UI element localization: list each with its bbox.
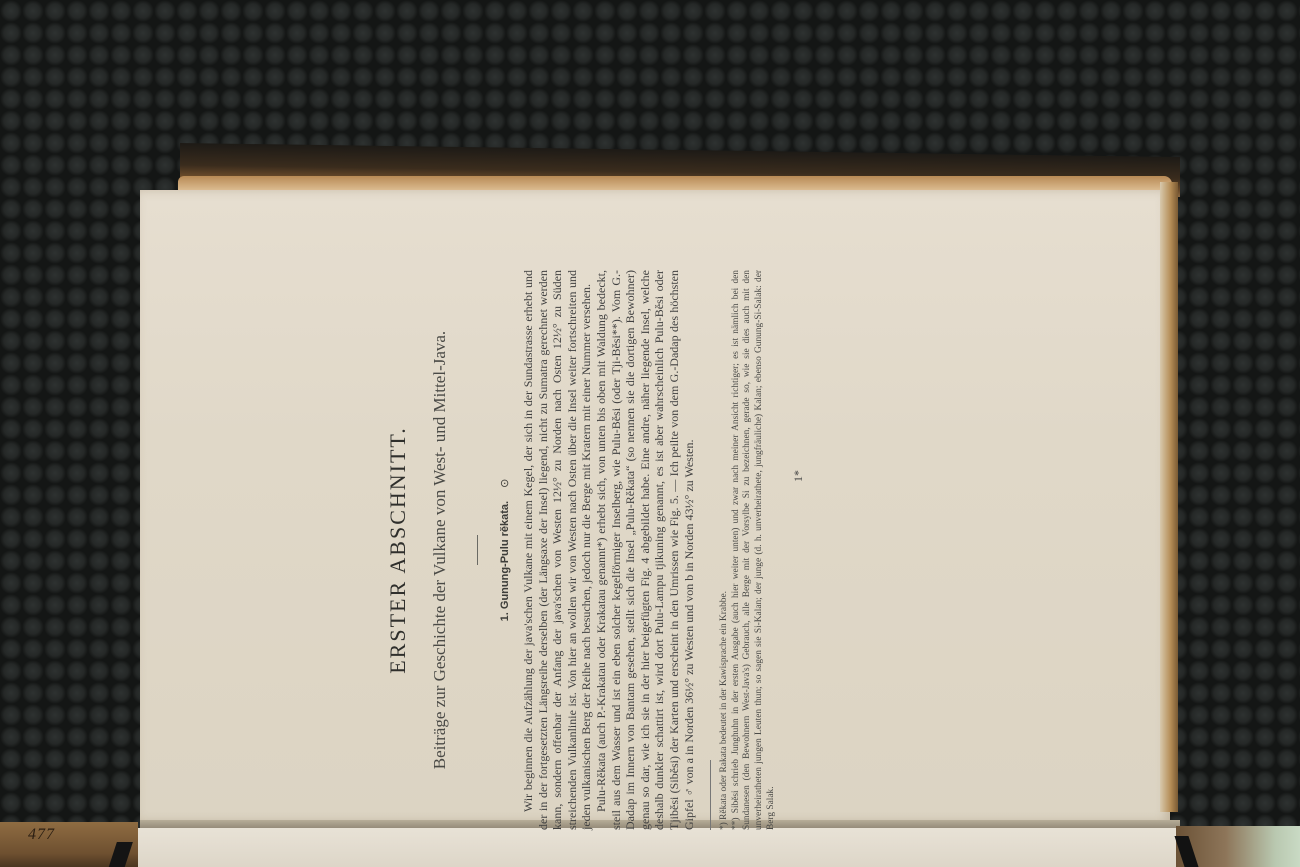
signature-mark: 1* — [791, 270, 806, 830]
footnote: *) Rĕkata oder Rakata bedeutet in der Ka… — [719, 270, 731, 830]
chapter-title: ERSTER ABSCHNITT. — [385, 270, 411, 830]
section-heading-text: 1. Gunung-Pulu rĕkata. — [499, 501, 511, 621]
strap-right — [1174, 836, 1199, 867]
paragraph: Pulu-Rĕkata (auch P.-Krakatau oder Kraka… — [594, 270, 696, 830]
photo-scene: 477 ERSTER ABSCHNITT. Beiträge zur Gesch… — [0, 0, 1300, 867]
spine-label: 477 — [28, 826, 55, 844]
chapter-subtitle: Beiträge zur Geschichte der Vulkane von … — [429, 270, 451, 830]
facing-page-edge — [128, 828, 1188, 867]
footnote-rule — [710, 760, 711, 830]
section-heading: 1. Gunung-Pulu rĕkata. ⊙ — [498, 270, 511, 830]
footnote: **) Sibĕsi schrieb Junghuhn in der erste… — [731, 270, 777, 830]
footnotes: *) Rĕkata oder Rakata bedeutet in der Ka… — [719, 270, 777, 830]
book-spine-left: 477 — [0, 822, 138, 867]
book-spine-right — [1176, 826, 1300, 867]
volcano-symbol-icon: ⊙ — [499, 479, 511, 488]
title-separator — [477, 535, 478, 565]
page-edge-right — [1160, 182, 1178, 812]
body-text: Wir beginnen die Aufzählung der java'sch… — [521, 270, 696, 830]
strap-left — [107, 842, 133, 867]
paragraph: Wir beginnen die Aufzählung der java'sch… — [521, 270, 594, 830]
page-text-block: ERSTER ABSCHNITT. Beiträge zur Geschicht… — [375, 270, 1135, 830]
